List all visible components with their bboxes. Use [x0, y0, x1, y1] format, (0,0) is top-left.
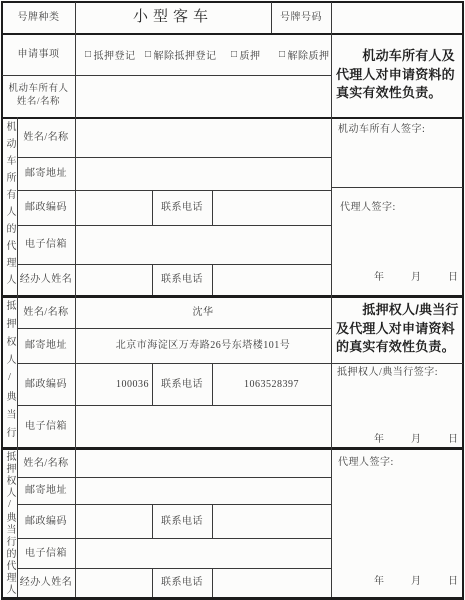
grid-line: [212, 190, 213, 225]
plate-number-input-cell[interactable]: [331, 2, 461, 33]
grid-line: [75, 2, 76, 597]
owner-agent-handler-phone-input-cell[interactable]: [212, 264, 331, 295]
grid-line: [17, 190, 331, 191]
field-label-postcode: 邮政编码: [17, 190, 75, 225]
field-label-email: 电子信箱: [17, 405, 75, 447]
field-label-name: 姓名/名称: [17, 296, 75, 328]
grid-line: [17, 225, 331, 226]
owner-name-label-line2: 姓名/名称: [17, 96, 60, 109]
grid-line: [152, 264, 153, 295]
notice-line: 真实有效性负责。: [336, 84, 460, 103]
field-label-handler-name: 经办人姓名: [17, 264, 75, 295]
grid-line: [17, 405, 331, 406]
owner-agent-date-row: 年 月 日: [374, 268, 458, 282]
checkbox-label: 解除质押: [288, 47, 330, 62]
owner-name-label-line1: 机动车所有人: [8, 83, 68, 96]
grid-line: [2, 33, 463, 35]
grid-line: [17, 504, 331, 505]
checkbox-release-pledge[interactable]: □ 解除质押: [279, 33, 330, 75]
grid-line: [17, 264, 331, 265]
checkbox-icon: □: [231, 49, 238, 60]
owner-signature-area[interactable]: [331, 134, 461, 186]
mortgagee-address-value[interactable]: 北京市海淀区万寿路26号东塔楼101号: [75, 328, 331, 363]
mortgagee-agent-email-input-cell[interactable]: [75, 538, 331, 568]
checkbox-label: 解除抵押登记: [154, 47, 217, 62]
mortgagee-signature-area[interactable]: [331, 377, 461, 425]
mortgagee-name-value[interactable]: 沈华: [75, 296, 331, 328]
grid-line: [2, 295, 463, 298]
field-label-handler-name: 经办人姓名: [17, 568, 75, 597]
owner-agent-email-input-cell[interactable]: [75, 225, 331, 264]
day-label: 日: [448, 430, 458, 444]
field-label-postcode: 邮政编码: [17, 504, 75, 538]
mortgagee-phone-value[interactable]: 1063528397: [212, 363, 331, 405]
month-label: 月: [411, 572, 421, 586]
grid-line: [2, 447, 463, 450]
field-label-phone: 联系电话: [152, 363, 212, 405]
mortgagee-postcode-value[interactable]: 100036: [75, 363, 152, 405]
mortgagee-responsibility-notice: 抵押权人/典当行 及代理人对申请资料 的真实有效性负责。: [331, 296, 463, 362]
notice-line: 代理人对申请资料的: [336, 66, 460, 85]
month-label: 月: [411, 430, 421, 444]
agent-signature-area[interactable]: [331, 212, 461, 262]
field-label-phone: 联系电话: [152, 504, 212, 538]
mortgagee-agent-phone-input-cell[interactable]: [212, 504, 331, 538]
mortgagee-side-label: 抵押权人/典当行: [2, 296, 17, 448]
field-label-handler-phone: 联系电话: [152, 568, 212, 597]
grid-line: [17, 477, 331, 478]
grid-line: [17, 328, 331, 329]
grid-line: [271, 2, 272, 33]
grid-line: [212, 264, 213, 295]
owner-responsibility-notice: 机动车所有人及 代理人对申请资料的 真实有效性负责。: [331, 33, 463, 117]
notice-line: 机动车所有人及: [336, 47, 460, 66]
grid-line: [17, 117, 18, 597]
owner-agent-name-input-cell[interactable]: [75, 117, 331, 157]
field-label-address: 邮寄地址: [17, 477, 75, 504]
grid-line: [17, 363, 463, 364]
owner-name-input-cell[interactable]: [75, 75, 331, 117]
mortgagee-agent-handler-name-input-cell[interactable]: [75, 568, 152, 597]
mortgagee-agent-handler-phone-input-cell[interactable]: [212, 568, 331, 597]
month-label: 月: [411, 268, 421, 282]
grid-line: [331, 187, 463, 188]
field-label-address: 邮寄地址: [17, 157, 75, 190]
notice-line: 抵押权人/典当行: [336, 301, 460, 320]
agent-signature-label: 代理人签字:: [340, 198, 396, 213]
mortgagee-agent-address-input-cell[interactable]: [75, 477, 331, 504]
application-items-label: 申请事项: [2, 33, 75, 75]
grid-line: [17, 157, 331, 158]
checkbox-pledge[interactable]: □ 质押: [231, 33, 261, 75]
mortgagee-email-input-cell[interactable]: [75, 405, 331, 447]
owner-agent-address-input-cell[interactable]: [75, 157, 331, 190]
field-label-email: 电子信箱: [17, 538, 75, 568]
grid-line: [212, 504, 213, 538]
year-label: 年: [374, 268, 384, 282]
owner-name-label: 机动车所有人 姓名/名称: [2, 75, 75, 117]
mortgagee-agent-postcode-input-cell[interactable]: [75, 504, 152, 538]
owner-agent-handler-name-input-cell[interactable]: [75, 264, 152, 295]
grid-line: [152, 568, 153, 597]
grid-line: [2, 117, 463, 119]
notice-line: 及代理人对申请资料: [336, 320, 460, 339]
mortgagee-agent-signature-label: 代理人签字:: [338, 453, 394, 468]
field-label-address: 邮寄地址: [17, 328, 75, 363]
mortgagee-agent-date-row: 年 月 日: [374, 572, 458, 586]
checkbox-icon: □: [279, 49, 286, 60]
grid-line: [331, 2, 332, 597]
mortgagee-agent-name-input-cell[interactable]: [75, 450, 331, 477]
field-label-phone: 联系电话: [152, 190, 212, 225]
grid-line: [17, 538, 331, 539]
plate-type-label: 号牌种类: [2, 2, 75, 33]
checkbox-icon: □: [85, 49, 92, 60]
field-label-name: 姓名/名称: [17, 450, 75, 477]
checkbox-label: 质押: [240, 47, 261, 62]
grid-line: [152, 504, 153, 538]
grid-line: [212, 568, 213, 597]
checkbox-icon: □: [145, 49, 152, 60]
owner-agent-phone-input-cell[interactable]: [212, 190, 331, 225]
mortgagee-agent-side-label: 抵押权人/典当行的代理人: [2, 450, 17, 597]
year-label: 年: [374, 430, 384, 444]
day-label: 日: [448, 572, 458, 586]
owner-signature-label: 机动车所有人签字:: [338, 120, 425, 135]
notice-line: 的真实有效性负责。: [336, 338, 460, 357]
plate-type-value: 小型客车: [75, 2, 271, 33]
day-label: 日: [448, 268, 458, 282]
checkbox-mortgage-registration[interactable]: □ 抵押登记: [85, 33, 136, 75]
checkbox-release-mortgage-registration[interactable]: □ 解除抵押登记: [145, 33, 217, 75]
field-label-handler-phone: 联系电话: [152, 264, 212, 295]
checkbox-label: 抵押登记: [94, 47, 136, 62]
field-label-postcode: 邮政编码: [17, 363, 75, 405]
grid-line: [152, 363, 153, 405]
mortgagee-agent-signature-area[interactable]: [331, 467, 461, 567]
mortgagee-signature-label: 抵押权人/典当行签字:: [337, 363, 438, 378]
grid-line: [2, 75, 331, 76]
plate-number-label: 号牌号码: [271, 2, 331, 33]
grid-line: [152, 190, 153, 225]
grid-line: [212, 363, 213, 405]
field-label-email: 电子信箱: [17, 225, 75, 264]
mortgage-registration-form: 号牌种类 小型客车 号牌号码 申请事项 □ 抵押登记 □ 解除抵押登记 □ 质押…: [0, 0, 465, 600]
year-label: 年: [374, 572, 384, 586]
grid-line: [17, 568, 331, 569]
mortgagee-date-row: 年 月 日: [374, 430, 458, 444]
owner-agent-side-label: 机动车所有人的代理人: [2, 117, 17, 295]
owner-agent-postcode-input-cell[interactable]: [75, 190, 152, 225]
field-label-name: 姓名/名称: [17, 117, 75, 157]
